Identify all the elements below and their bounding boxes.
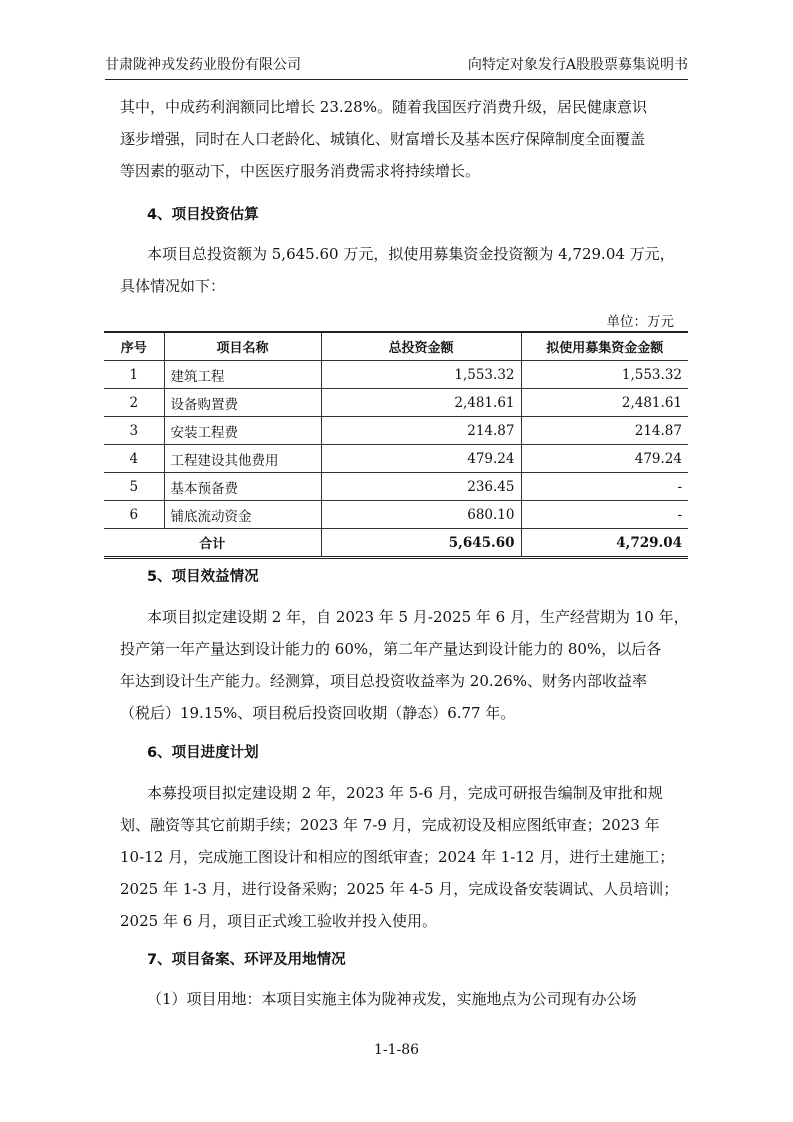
text-line: 年达到设计生产能力。经测算，项目总投资收益率为 20.26%、财务内部收益率 — [120, 671, 647, 691]
cell-raised: 1,553.32 — [521, 361, 688, 389]
cell-no: 3 — [104, 417, 164, 445]
cell-total: 2,481.61 — [321, 389, 521, 417]
column-header-raised: 拟使用募集资金金额 — [521, 332, 688, 361]
cell-no: 6 — [104, 501, 164, 529]
page-header: 甘肃陇神戎发药业股份有限公司 向特定对象发行A股股票募集说明书 — [105, 55, 688, 80]
cell-raised: - — [521, 473, 688, 501]
table-row: 3 安装工程费 214.87 214.87 — [104, 417, 688, 445]
document-title: 向特定对象发行A股股票募集说明书 — [468, 55, 688, 75]
cell-name: 建筑工程 — [164, 361, 321, 389]
text-line: 2025 年 1-3 月，进行设备采购；2025 年 4-5 月，完成设备安装调… — [120, 879, 678, 899]
table-row: 5 基本预备费 236.45 - — [104, 473, 688, 501]
total-raised: 4,729.04 — [521, 529, 688, 558]
text-line: 等因素的驱动下，中医医疗服务消费需求将持续增长。 — [120, 161, 480, 181]
text-line: 10-12 月，完成施工图设计和相应的图纸审查；2024 年 1-12 月，进行… — [120, 847, 674, 867]
text-line: 本募投项目拟定建设期 2 年，2023 年 5-6 月，完成可研报告编制及审批和… — [147, 783, 663, 803]
section-heading-investment: 4、项目投资估算 — [147, 205, 259, 225]
cell-name: 基本预备费 — [164, 473, 321, 501]
cell-name: 铺底流动资金 — [164, 501, 321, 529]
text-line: 本项目拟定建设期 2 年，自 2023 年 5 月-2025 年 6 月，生产经… — [147, 607, 689, 627]
company-name: 甘肃陇神戎发药业股份有限公司 — [105, 55, 301, 75]
cell-total: 236.45 — [321, 473, 521, 501]
cell-name: 工程建设其他费用 — [164, 445, 321, 473]
table-row: 2 设备购置费 2,481.61 2,481.61 — [104, 389, 688, 417]
table-row: 1 建筑工程 1,553.32 1,553.32 — [104, 361, 688, 389]
investment-table: 序号 项目名称 总投资金额 拟使用募集资金金额 1 建筑工程 1,553.32 … — [104, 331, 688, 559]
text-line: （税后）19.15%、项目税后投资回收期（静态）6.77 年。 — [120, 703, 515, 723]
section-heading-benefits: 5、项目效益情况 — [147, 567, 259, 587]
cell-name: 设备购置费 — [164, 389, 321, 417]
cell-no: 2 — [104, 389, 164, 417]
table-row: 4 工程建设其他费用 479.24 479.24 — [104, 445, 688, 473]
cell-raised: 479.24 — [521, 445, 688, 473]
column-header-no: 序号 — [104, 332, 164, 361]
total-label: 合计 — [104, 529, 321, 558]
text-line: 具体情况如下： — [120, 276, 225, 296]
text-line: 本项目总投资额为 5,645.60 万元，拟使用募集资金投资额为 4,729.0… — [147, 244, 675, 264]
text-line: 划、融资等其它前期手续；2023 年 7-9 月，完成初设及相应图纸审查；202… — [120, 815, 660, 835]
cell-raised: 2,481.61 — [521, 389, 688, 417]
total-investment: 5,645.60 — [321, 529, 521, 558]
cell-raised: 214.87 — [521, 417, 688, 445]
cell-no: 1 — [104, 361, 164, 389]
cell-total: 479.24 — [321, 445, 521, 473]
cell-total: 1,553.32 — [321, 361, 521, 389]
section-heading-filing: 7、项目备案、环评及用地情况 — [147, 950, 346, 970]
column-header-name: 项目名称 — [164, 332, 321, 361]
section-heading-schedule: 6、项目进度计划 — [147, 743, 259, 763]
cell-raised: - — [521, 501, 688, 529]
column-header-total: 总投资金额 — [321, 332, 521, 361]
cell-total: 214.87 — [321, 417, 521, 445]
text-line: 其中，中成药利润额同比增长 23.28%。随着我国医疗消费升级，居民健康意识 — [120, 97, 647, 117]
text-line: （1）项目用地：本项目实施主体为陇神戎发，实施地点为公司现有办公场 — [147, 989, 637, 1009]
text-line: 2025 年 6 月，项目正式竣工验收并投入使用。 — [120, 911, 437, 931]
table-total-row: 合计 5,645.60 4,729.04 — [104, 529, 688, 558]
unit-label: 单位：万元 — [607, 310, 675, 330]
table-row: 6 铺底流动资金 680.10 - — [104, 501, 688, 529]
cell-no: 5 — [104, 473, 164, 501]
text-line: 逐步增强，同时在人口老龄化、城镇化、财富增长及基本医疗保障制度全面覆盖 — [120, 129, 645, 149]
text-line: 投产第一年产量达到设计能力的 60%，第二年产量达到设计能力的 80%，以后各 — [120, 639, 661, 659]
cell-name: 安装工程费 — [164, 417, 321, 445]
cell-total: 680.10 — [321, 501, 521, 529]
page-number: 1-1-86 — [0, 1042, 793, 1058]
table-header-row: 序号 项目名称 总投资金额 拟使用募集资金金额 — [104, 332, 688, 361]
cell-no: 4 — [104, 445, 164, 473]
